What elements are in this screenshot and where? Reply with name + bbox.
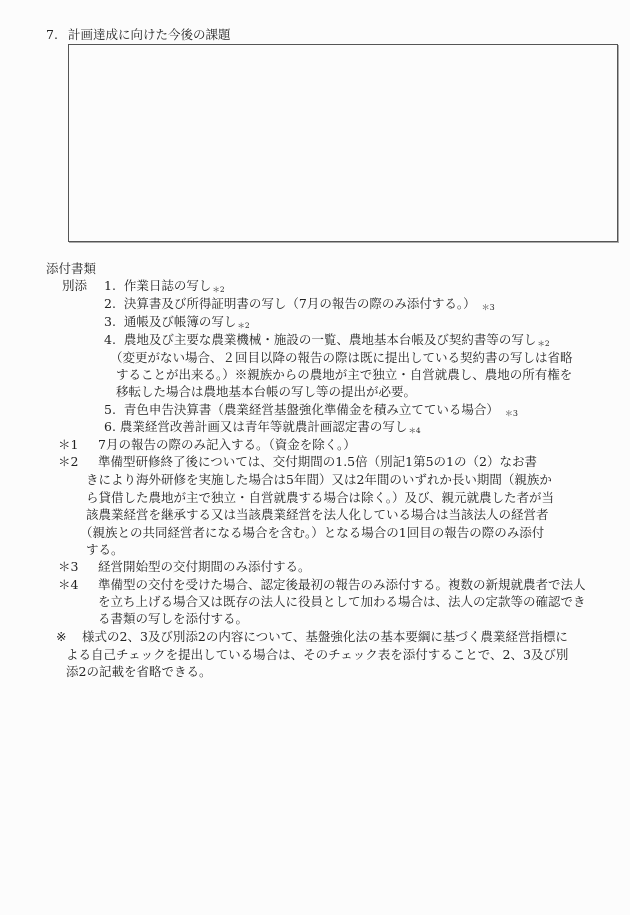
footnote-4-text: を立ち上げる場合又は既存の法人に役員として加わる場合は、法人の定款等の確認でき bbox=[98, 593, 586, 610]
footnote-mark: ＊1 bbox=[58, 436, 78, 453]
footnote-ref: ＊2 bbox=[537, 339, 549, 348]
item-text: 作業日誌の写し bbox=[124, 278, 212, 293]
item-text: 農業経営改善計画又は青年等就農計画認定書の写し bbox=[120, 419, 408, 434]
section-number: 7. bbox=[46, 26, 58, 43]
note-text: 様式の2、3及び別添2の内容について、基盤強化法の基本要綱に基づく農業経営指標に bbox=[82, 628, 568, 645]
item-number: 5. bbox=[104, 402, 116, 417]
item-4-continuation: （変更がない場合、２回目以降の報告の際は既に提出している契約書の写しは省略 bbox=[110, 349, 573, 366]
item-4-continuation: 移転した場合は農地基本台帳の写し等の提出が必要。 bbox=[116, 383, 416, 400]
footnote-1-text: 7月の報告の際のみ記入する。（資金を除く。） bbox=[98, 436, 356, 453]
item-text: 通帳及び帳簿の写し bbox=[124, 314, 237, 329]
item-4-continuation: することが出来る。）※親族からの農地が主で独立・自営就農し、農地の所有権を bbox=[116, 366, 572, 383]
footnote-ref: ＊3 bbox=[505, 409, 518, 418]
note-text: よる自己チェックを提出している場合は、そのチェック表を添付することで、2、3及び… bbox=[66, 646, 568, 663]
attachments-group-label: 別添 bbox=[62, 277, 87, 294]
footnote-4-text: る書類の写しを添付する。 bbox=[98, 610, 248, 627]
footnote-ref: ＊2 bbox=[237, 321, 249, 330]
footnote-2-text: きにより海外研修を実施した場合は5年間）又は2年間のいずれか長い期間（親族か bbox=[86, 471, 552, 488]
footnote-4-text: 準備型の交付を受けた場合、認定後最初の報告のみ添付する。複数の新規就農者で法人 bbox=[98, 576, 586, 593]
item-number: 3. bbox=[104, 314, 116, 329]
footnote-ref: ＊2 bbox=[212, 285, 224, 294]
note-text: 添2の記載を省略できる。 bbox=[66, 663, 211, 680]
item-number: 4. bbox=[104, 332, 116, 347]
item-number: 1. bbox=[104, 278, 116, 293]
item-text: 青色申告決算書（農業経営基盤強化準備金を積み立てている場合） bbox=[124, 402, 499, 417]
footnote-mark: ＊3 bbox=[58, 558, 78, 575]
section-title: 計画達成に向けた今後の課題 bbox=[68, 26, 231, 43]
footnote-2-text: ら貸借した農地が主で独立・自営就農する場合は除く。）及び、親元就農した者が当 bbox=[86, 489, 554, 506]
item-number: 2. bbox=[104, 296, 116, 311]
item-text: 決算書及び所得証明書の写し（7月の報告の際のみ添付する。） bbox=[124, 296, 476, 311]
footnote-mark: ＊4 bbox=[58, 576, 78, 593]
footnote-2-text: 準備型研修終了後については、交付期間の1.5倍（別記1第5の1の（2）なお書 bbox=[98, 453, 537, 470]
footnote-ref: ＊4 bbox=[408, 426, 420, 435]
item-number: 6. bbox=[104, 419, 116, 434]
footnote-2-text: 該農業経営を継承する又は当該農業経営を法人化している場合は当該法人の経営者 bbox=[86, 506, 549, 523]
footnote-2-text: （親族との共同経営者になる場合を含む。）となる場合の1回目の報告の際のみ添付 bbox=[80, 524, 544, 541]
footnote-3-text: 経営開始型の交付期間のみ添付する。 bbox=[98, 558, 311, 575]
footnote-ref: ＊3 bbox=[482, 303, 495, 312]
footnote-mark: ＊2 bbox=[58, 453, 78, 470]
note-mark: ※ bbox=[56, 628, 66, 645]
attachments-heading: 添付書類 bbox=[46, 260, 96, 277]
future-issues-textbox[interactable] bbox=[68, 44, 618, 242]
item-text: 農地及び主要な農業機械・施設の一覧、農地基本台帳及び契約書等の写し bbox=[124, 332, 537, 347]
footnote-2-text: する。 bbox=[86, 541, 124, 558]
